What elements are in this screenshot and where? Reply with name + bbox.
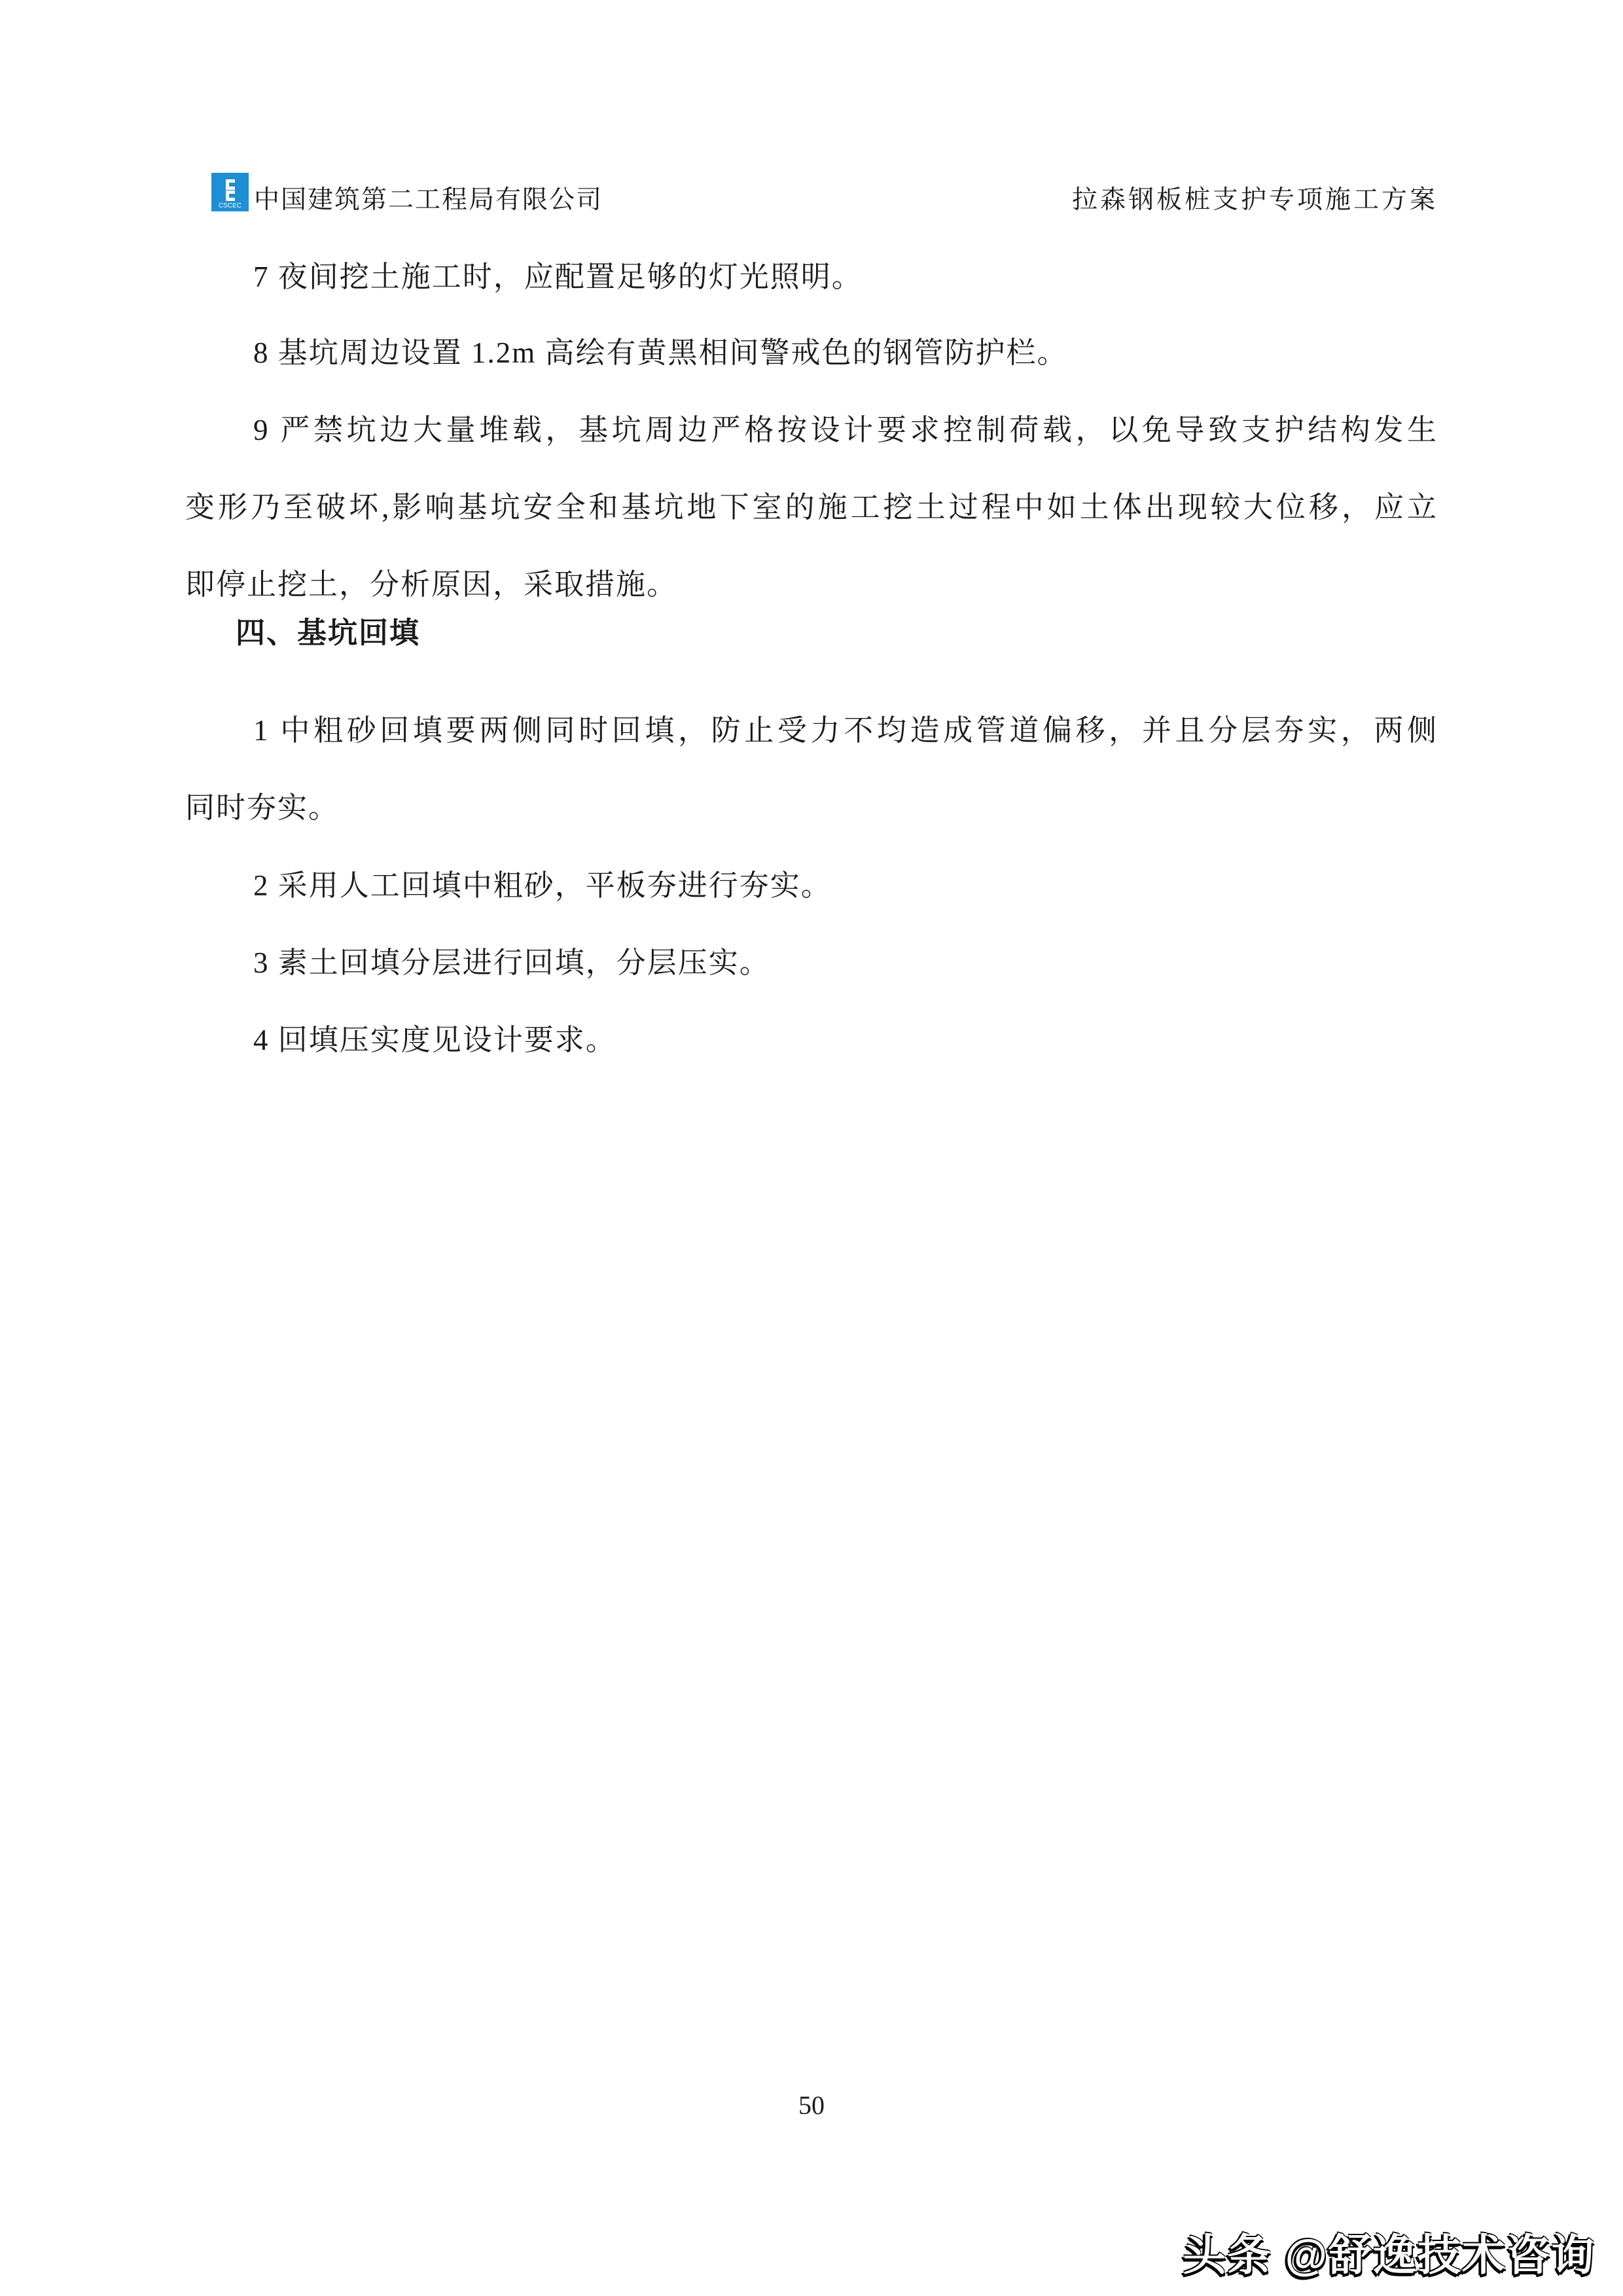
body-line-9a: 9 严禁坑边大量堆载，基坑周边严格按设计要求控制荷载，以免导致支护结构发生 [185,411,1438,449]
logo-letters: CSCEC [219,202,241,209]
company-name: 中国建筑第二工程局有限公司 [254,179,603,216]
body-line-9b: 变形乃至破坏,影响基坑安全和基坑地下室的施工挖土过程中如土体出现较大位移，应立 [185,488,1438,526]
cscec-logo-icon: CSCEC [211,173,249,211]
document-title: 拉森钢板桩支护专项施工方案 [1072,179,1438,216]
body-line-8: 8 基坑周边设置 1.2m 高绘有黄黑相间警戒色的钢管防护栏。 [185,334,1506,372]
body-line-2: 2 采用人工回填中粗砂，平板夯进行夯实。 [185,867,1506,905]
body-line-3: 3 素土回填分层进行回填，分层压实。 [185,944,1506,982]
body-line-9c: 即停止挖土，分析原因，采取措施。 [185,565,1438,603]
body-line-1b: 同时夯实。 [185,789,1438,827]
page-number: 50 [185,2090,1438,2121]
section-heading: 四、基坑回填 [185,614,1488,652]
document-page: CSCEC 中国建筑第二工程局有限公司 拉森钢板桩支护专项施工方案 7 夜间挖土… [0,0,1623,2296]
body-line-7: 7 夜间挖土施工时，应配置足够的灯光照明。 [185,258,1506,296]
body-line-1a: 1 中粗砂回填要两侧同时回填，防止受力不均造成管道偏移，并且分层夯实，两侧 [185,711,1438,749]
toutiao-watermark: 头条 @舒逸技术咨询 [1183,2220,1596,2282]
body-line-4: 4 回填压实度见设计要求。 [185,1021,1506,1059]
